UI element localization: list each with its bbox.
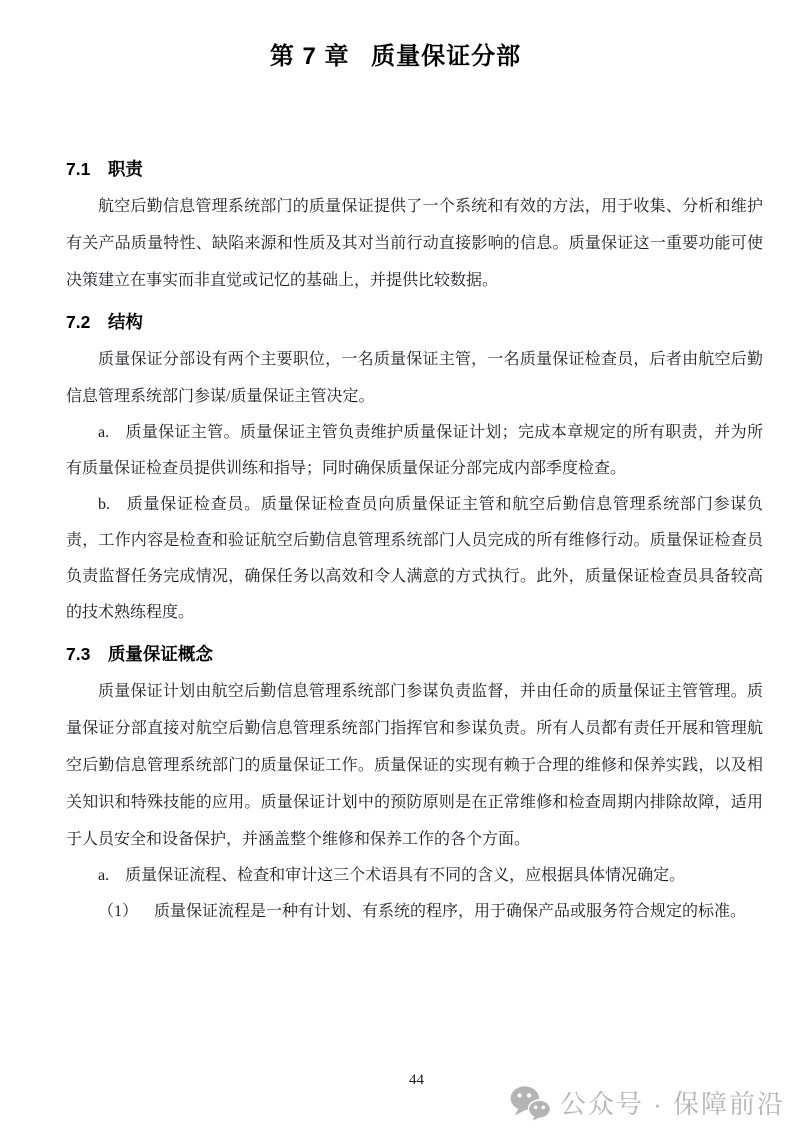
paragraph: 航空后勤信息管理系统部门的质量保证提供了一个系统和有效的方法，用于收集、分析和维…	[66, 188, 763, 299]
paragraph: 质量保证计划由航空后勤信息管理系统部门参谋负责监督，并由任命的质量保证主管管理。…	[66, 673, 763, 858]
section-heading-7-2: 7.2结构	[66, 309, 763, 335]
document-body: 7.1职责 航空后勤信息管理系统部门的质量保证提供了一个系统和有效的方法，用于收…	[66, 156, 763, 930]
watermark-text: 公众号 · 保障前沿	[560, 1084, 785, 1121]
wechat-watermark: 公众号 · 保障前沿	[509, 1084, 785, 1121]
section-number: 7.2	[66, 312, 90, 332]
list-item-1: （1） 质量保证流程是一种有计划、有系统的程序，用于确保产品或服务符合规定的标准…	[66, 894, 763, 930]
chapter-title: 第 7 章质量保证分部	[0, 0, 791, 74]
list-item-a: a. 质量保证流程、检查和审计这三个术语具有不同的含义，应根据具体情况确定。	[66, 858, 763, 894]
list-item-a: a. 质量保证主管。质量保证主管负责维护质量保证计划；完成本章规定的所有职责，并…	[66, 415, 763, 487]
chapter-number: 第 7 章	[270, 43, 350, 70]
paragraph: 质量保证分部设有两个主要职位，一名质量保证主管，一名质量保证检查员，后者由航空后…	[66, 341, 763, 415]
section-title: 结构	[108, 312, 143, 332]
section-title: 职责	[108, 159, 143, 179]
chapter-name: 质量保证分部	[371, 43, 521, 70]
section-number: 7.1	[66, 159, 90, 179]
section-title: 质量保证概念	[108, 644, 213, 664]
section-heading-7-1: 7.1职责	[66, 156, 763, 182]
section-heading-7-3: 7.3质量保证概念	[66, 641, 763, 667]
section-number: 7.3	[66, 644, 90, 664]
list-item-b: b. 质量保证检查员。质量保证检查员向质量保证主管和航空后勤信息管理系统部门参谋…	[66, 487, 763, 631]
document-page: 第 7 章质量保证分部 7.1职责 航空后勤信息管理系统部门的质量保证提供了一个…	[0, 0, 791, 1134]
wechat-icon	[509, 1085, 551, 1121]
